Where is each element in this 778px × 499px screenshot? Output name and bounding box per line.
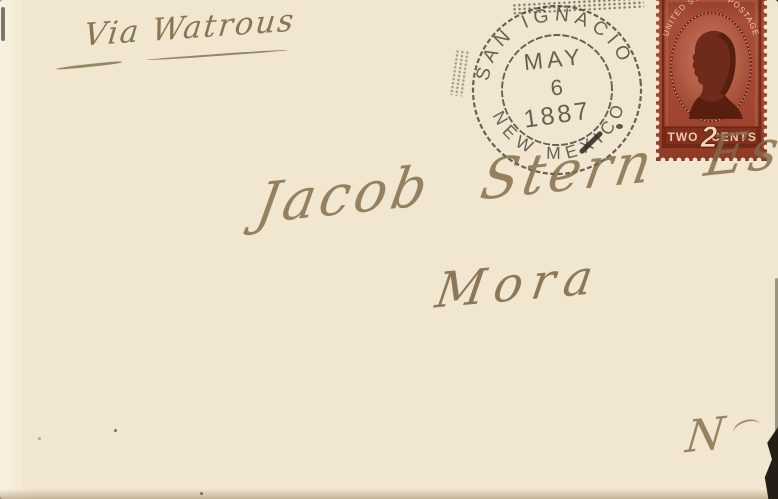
paper-fleck (114, 429, 117, 432)
dark-ink-blot (616, 124, 623, 129)
envelope-bottom-shadow (0, 489, 778, 499)
photo-background-edge-top-left (1, 7, 5, 41)
routing-note-handwriting: Via Watrous (82, 2, 297, 53)
via-underline-pen-stroke (56, 61, 122, 71)
envelope-left-crease (0, 0, 30, 499)
postmark-month: MAY (522, 43, 585, 75)
postmark-day: 6 (549, 74, 564, 100)
pen-flourish-mark (731, 416, 763, 442)
address-line-territory: N (683, 408, 727, 464)
watrous-underline-pen-stroke (146, 49, 288, 61)
envelope: Via Watrous SAN IGNACIO NEW MEXICO MAY 6… (0, 0, 778, 499)
address-line-town: Mora (432, 248, 606, 319)
postmark-year: 1887 (522, 97, 593, 134)
paper-fleck (38, 437, 41, 440)
